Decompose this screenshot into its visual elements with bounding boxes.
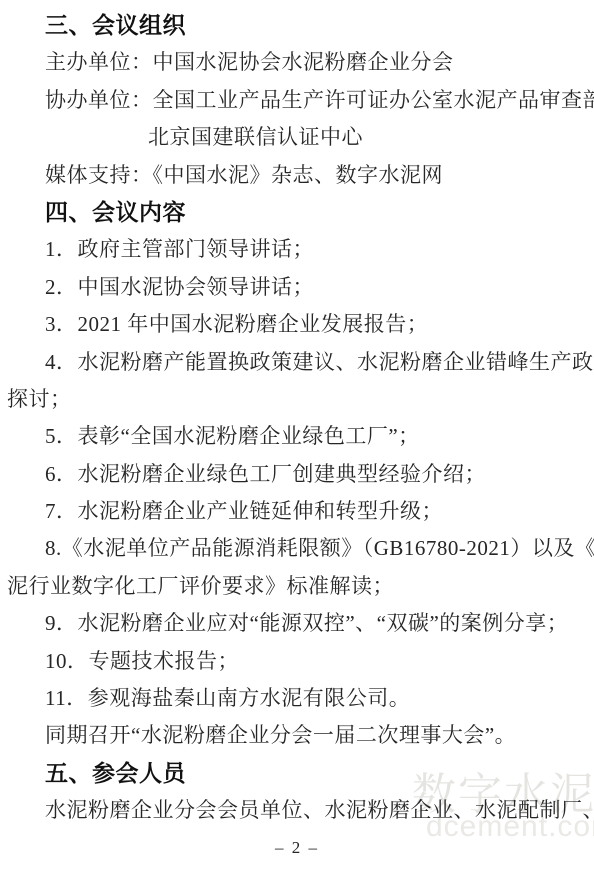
organizer-value: 中国水泥协会水泥粉磨企业分会: [153, 50, 454, 74]
agenda-item-10: 10．专题技术报告；: [7, 643, 594, 680]
document-body: 三、会议组织 主办单位：中国水泥协会水泥粉磨企业分会 协办单位：全国工业产品生产…: [0, 0, 594, 830]
agenda-item-11: 11．参观海盐秦山南方水泥有限公司。: [7, 680, 594, 717]
organizer-label: 主办单位：: [45, 50, 153, 74]
document-page: 数字水泥 dcement.com 三、会议组织 主办单位：中国水泥协会水泥粉磨企…: [0, 0, 594, 870]
agenda-item-2: 2．中国水泥协会领导讲话；: [7, 269, 594, 306]
concurrent-meeting-note: 同期召开“水泥粉磨企业分会一届二次理事大会”。: [7, 717, 594, 754]
co-organizer-label: 协办单位：: [45, 88, 153, 112]
media-support-label: 媒体支持：: [45, 163, 153, 187]
section-organization-heading: 三、会议组织: [7, 7, 594, 44]
section-participants-heading: 五、参会人员: [7, 755, 594, 792]
media-support-value: 《中国水泥》杂志、数字水泥网: [153, 163, 444, 187]
participants-body-line-1: 水泥粉磨企业分会会员单位、水泥粉磨企业、水泥配制厂、: [7, 792, 594, 829]
agenda-item-5: 5．表彰“全国水泥粉磨企业绿色工厂”；: [7, 418, 594, 455]
agenda-item-4-line-1: 4．水泥粉磨产能置换政策建议、水泥粉磨企业错峰生产政策: [7, 344, 594, 381]
agenda-item-4-line-2: 探讨；: [7, 381, 594, 418]
organizer-line: 主办单位：中国水泥协会水泥粉磨企业分会: [7, 44, 594, 81]
co-organizer-value-1: 全国工业产品生产许可证办公室水泥产品审查部: [153, 88, 594, 112]
page-number: – 2 –: [0, 838, 594, 858]
agenda-item-1: 1．政府主管部门领导讲话；: [7, 231, 594, 268]
section-content-heading: 四、会议内容: [7, 194, 594, 231]
agenda-item-8-line-2: 泥行业数字化工厂评价要求》标准解读；: [7, 568, 594, 605]
agenda-item-6: 6．水泥粉磨企业绿色工厂创建典型经验介绍；: [7, 456, 594, 493]
media-support-line: 媒体支持：《中国水泥》杂志、数字水泥网: [7, 157, 594, 194]
co-organizer-line-1: 协办单位：全国工业产品生产许可证办公室水泥产品审查部: [7, 82, 594, 119]
agenda-item-7: 7．水泥粉磨企业产业链延伸和转型升级；: [7, 493, 594, 530]
agenda-item-9: 9．水泥粉磨企业应对“能源双控”、“双碳”的案例分享；: [7, 605, 594, 642]
agenda-item-8-line-1: 8.《水泥单位产品能源消耗限额》（GB16780-2021）以及《水: [7, 530, 594, 567]
co-organizer-line-2: 北京国建联信认证中心: [7, 119, 594, 156]
agenda-item-3: 3．2021 年中国水泥粉磨企业发展报告；: [7, 306, 594, 343]
